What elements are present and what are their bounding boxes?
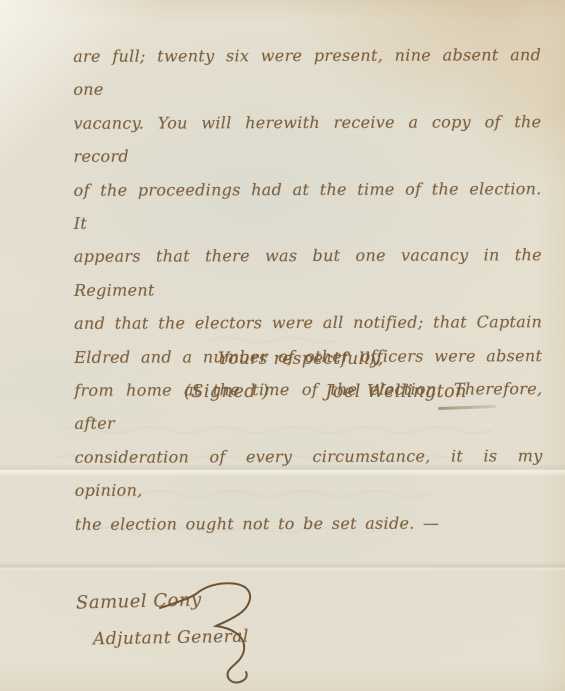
signed-label: (Signed ) — [184, 382, 269, 402]
attestation-title: Adjutant General — [93, 627, 249, 650]
letter-line: the election ought not to be set aside. … — [75, 506, 543, 541]
letter-line: are full; twenty six were present, nine … — [73, 38, 541, 106]
letter-line: vacancy. You will herewith receive a cop… — [73, 105, 541, 173]
letter-closing: Yours respectfully, — [218, 349, 384, 369]
letter-body: are full; twenty six were present, nine … — [73, 38, 543, 541]
signature: Joel Wellington — [325, 382, 467, 402]
letter-line: appears that there was but one vacancy i… — [74, 239, 542, 307]
letter-line: consideration of every circumstance, it … — [75, 439, 543, 507]
fold-crease — [0, 562, 565, 571]
letter-line: and that the electors were all notified;… — [74, 305, 542, 340]
signature-row: (Signed ) Joel Wellington — [184, 382, 467, 402]
attestation-name: Samuel Cony — [76, 589, 202, 613]
letter-page-scan: are full; twenty six were present, nine … — [0, 0, 565, 691]
letter-line: of the proceedings had at the time of th… — [74, 172, 542, 240]
